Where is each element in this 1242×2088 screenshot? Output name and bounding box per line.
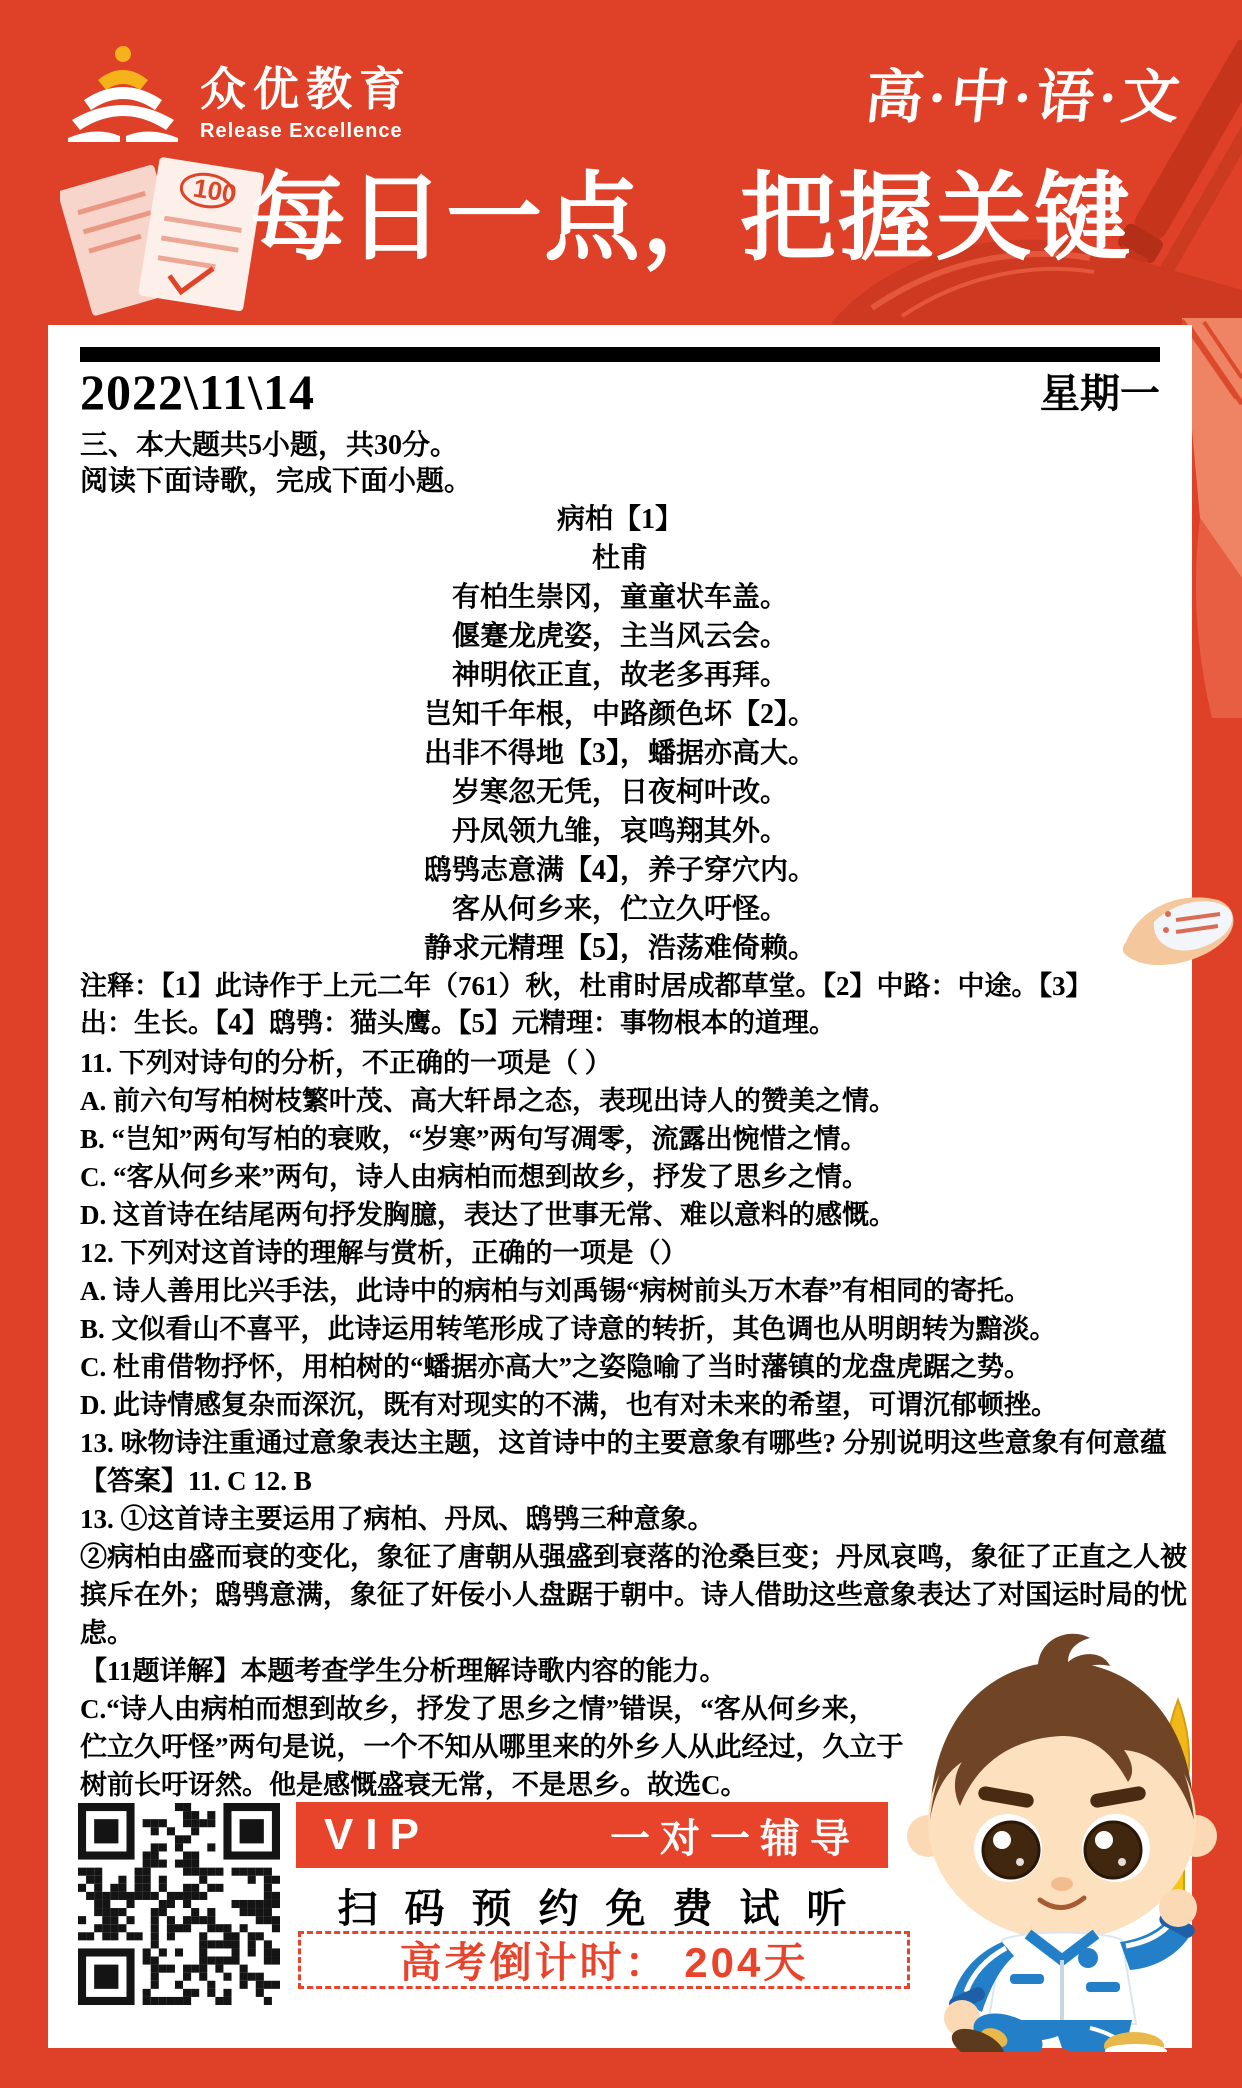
question-12-option-b: B. 文似看山不喜平，此诗运用转笔形成了诗意的转折，其色调也从明朗转为黯淡。	[80, 1310, 1160, 1348]
poem-author: 杜甫	[80, 539, 1160, 578]
poem: 病柏【1】 杜甫 有柏生崇冈，童童状车盖。 偃蹇龙虎姿，主当风云会。 神明依正直…	[80, 500, 1160, 968]
mascot-boy	[890, 1622, 1235, 2052]
question-11-option-a: A. 前六句写柏树枝繁叶茂、高大轩昂之态，表现出诗人的赞美之情。	[80, 1082, 1160, 1120]
poem-notes: 注释：【1】此诗作于上元二年（761）秋，杜甫时居成都草堂。【2】中路：中途。【…	[80, 968, 1160, 1042]
question-11-option-b: B. “岂知”两句写柏的衰败，“岁寒”两句写凋零，流露出惋惜之情。	[80, 1120, 1160, 1158]
vip-service-label: 一对一辅导	[610, 1807, 860, 1864]
question-12-option-c: C. 杜甫借物抒怀，用柏树的“蟠据亦高大”之姿隐喻了当时藩镇的龙盘虎踞之势。	[80, 1348, 1160, 1386]
qr-code[interactable]	[78, 1803, 280, 2005]
subject-title: 高·中·语·文	[862, 50, 1189, 134]
poster: 众优教育 Release Excellence 高·中·语·文 100 每日一点…	[0, 0, 1242, 2088]
poem-line: 丹凤领九雏，哀鸣翔其外。	[80, 812, 1160, 851]
question-13-stem: 13. 咏物诗注重通过意象表达主题，这首诗中的主要意象有哪些? 分别说明这些意象…	[80, 1424, 1160, 1462]
weekday: 星期一	[1040, 370, 1160, 418]
poem-line: 岂知千年根，中路颜色坏【2】。	[80, 695, 1160, 734]
gaokao-countdown: 高考倒计时： 204天	[298, 1931, 910, 1989]
logo-tagline: Release Excellence	[200, 120, 412, 143]
question-12-stem: 12. 下列对这首诗的理解与赏析，正确的一项是（）	[80, 1234, 1160, 1272]
vip-banner: VIP 一对一辅导	[296, 1802, 888, 1868]
section-heading: 三、本大题共5小题，共30分。	[80, 428, 1160, 464]
poem-line: 出非不得地【3】，蟠据亦高大。	[80, 734, 1160, 773]
poem-line: 客从何乡来，伫立久吁怪。	[80, 890, 1160, 929]
poem-title: 病柏【1】	[80, 500, 1160, 539]
answer-13-point1: 13. ①这首诗主要运用了病柏、丹凤、鸱鸮三种意象。	[80, 1500, 1160, 1538]
date: 2022\11\14	[80, 366, 315, 418]
poem-line: 偃蹇龙虎姿，主当风云会。	[80, 617, 1160, 656]
poem-line: 鸱鸮志意满【4】，养子穿穴内。	[80, 851, 1160, 890]
date-row: 2022\11\14 星期一	[80, 366, 1160, 418]
question-12-option-a: A. 诗人善用比兴手法，此诗中的病柏与刘禹锡“病树前头万木春”有相同的寄托。	[80, 1272, 1160, 1310]
curled-paper-illustration	[1120, 880, 1242, 984]
vip-label: VIP	[324, 1810, 431, 1860]
poem-line: 有柏生崇冈，童童状车盖。	[80, 578, 1160, 617]
logo-book-icon	[62, 46, 184, 142]
graded-papers-icon: 100	[60, 146, 270, 321]
question-11-option-d: D. 这首诗在结尾两句抒发胸臆，表达了世事无常、难以意料的感慨。	[80, 1196, 1160, 1234]
poem-notes-line: 出：生长。【4】鸱鸮：猫头鹰。【5】元精理：事物根本的道理。	[80, 1005, 1160, 1042]
answer-13-point2-line: ②病柏由盛而衰的变化，象征了唐朝从强盛到衰落的沧桑巨变；丹凤哀鸣，象征了正直之人…	[80, 1538, 1160, 1576]
question-11-stem: 11. 下列对诗句的分析，不正确的一项是（ ）	[80, 1044, 1160, 1082]
poem-line: 岁寒忽无凭，日夜柯叶改。	[80, 773, 1160, 812]
poem-notes-line: 注释：【1】此诗作于上元二年（761）秋，杜甫时居成都草堂。【2】中路：中途。【…	[80, 968, 1160, 1005]
scan-cta: 扫码预约免费试听	[296, 1877, 888, 1934]
question-12-option-d: D. 此诗情感复杂而深沉，既有对现实的不满，也有对未来的希望，可谓沉郁顿挫。	[80, 1386, 1160, 1424]
question-11-option-c: C. “客从何乡来”两句，诗人由病柏而想到故乡，抒发了思乡之情。	[80, 1158, 1160, 1196]
poem-line: 静求元精理【5】，浩荡难倚赖。	[80, 929, 1160, 968]
divider-bar	[80, 347, 1160, 362]
logo: 众优教育 Release Excellence	[62, 46, 412, 143]
section-instruction: 阅读下面诗歌，完成下面小题。	[80, 464, 1160, 500]
answer-13-point2-line: 摈斥在外；鸱鸮意满，象征了奸佞小人盘踞于朝中。诗人借助这些意象表达了对国运时局的…	[80, 1576, 1160, 1614]
logo-name: 众优教育	[200, 66, 412, 112]
poem-line: 神明依正直，故老多再拜。	[80, 656, 1160, 695]
main-title: 每日一点，把握关键	[250, 142, 1132, 279]
answer-key: 【答案】11. C 12. B	[80, 1462, 1160, 1500]
